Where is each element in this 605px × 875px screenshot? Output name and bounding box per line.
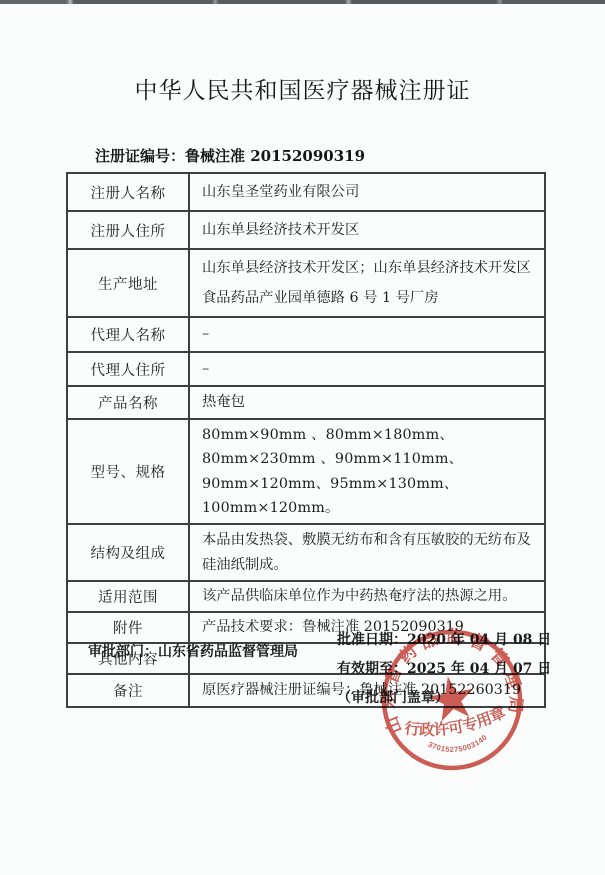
table-row-production-address: 生产地址 山东单县经济技术开发区；山东单县经济技术开发区食品药品产业园单德路 6… [67, 249, 545, 317]
row-value: – [189, 352, 545, 386]
row-label: 适用范围 [67, 581, 189, 612]
row-value: – [189, 317, 545, 352]
row-value: 山东皇圣堂药业有限公司 [189, 173, 545, 211]
table-row-model-spec: 型号、规格 80mm×90mm 、80mm×180mm、80mm×230mm 、… [67, 419, 545, 524]
valid-until-line: 有效期至：2025 年 04 月 07 日 [337, 662, 551, 676]
row-label: 注册人名称 [67, 173, 189, 211]
registration-number-value: 鲁械注准 20152090319 [185, 147, 365, 165]
row-label: 备注 [67, 674, 189, 707]
seal-number-text: 37015275003140 [425, 730, 490, 759]
table-row-registrant-address: 注册人住所 山东单县经济技术开发区 [67, 211, 545, 249]
registration-number-label: 注册证编号： [95, 147, 185, 165]
row-label: 产品名称 [67, 386, 189, 419]
table-row-agent-name: 代理人名称 – [67, 317, 545, 352]
row-label: 代理人住所 [67, 352, 189, 386]
row-value: 山东单县经济技术开发区；山东单县经济技术开发区食品药品产业园单德路 6 号 1 … [189, 249, 545, 317]
row-label: 附件 [67, 612, 189, 643]
row-label: 生产地址 [67, 249, 189, 317]
table-row-registrant-name: 注册人名称 山东皇圣堂药业有限公司 [67, 173, 545, 211]
svg-text:37015275003140: 37015275003140 [425, 730, 490, 759]
scan-artifact-top-edge [0, 0, 605, 4]
row-value: 该产品供临床单位作为中药热奄疗法的热源之用。 [189, 581, 545, 612]
row-value: 80mm×90mm 、80mm×180mm、80mm×230mm 、90mm×1… [189, 419, 545, 524]
seal-note-line: （审批部门盖章） [337, 691, 551, 705]
row-value: 本品由发热袋、敷膜无纺布和含有压敏胶的无纺布及硅油纸制成。 [189, 524, 545, 581]
row-label: 结构及组成 [67, 524, 189, 581]
certificate-title: 中华人民共和国医疗器械注册证 [0, 72, 605, 105]
row-value: 山东单县经济技术开发区 [189, 211, 545, 249]
registration-number-line: 注册证编号：鲁械注准 20152090319 [95, 145, 365, 166]
approval-dates-block: 批准日期：2020 年 04 月 08 日 有效期至：2025 年 04 月 0… [337, 633, 551, 720]
table-row-agent-address: 代理人住所 – [67, 352, 545, 386]
approval-date-line: 批准日期：2020 年 04 月 08 日 [337, 633, 551, 647]
row-label: 代理人名称 [67, 317, 189, 352]
table-row-scope-of-application: 适用范围 该产品供临床单位作为中药热奄疗法的热源之用。 [67, 581, 545, 612]
row-label: 注册人住所 [67, 211, 189, 249]
row-value: 热奄包 [189, 386, 545, 419]
table-row-structure-composition: 结构及组成 本品由发热袋、敷膜无纺布和含有压敏胶的无纺布及硅油纸制成。 [67, 524, 545, 581]
approval-department-line: 审批部门：山东省药品监督管理局 [88, 641, 298, 661]
certificate-page: 中华人民共和国医疗器械注册证 注册证编号：鲁械注准 20152090319 注册… [0, 0, 605, 875]
certificate-table: 注册人名称 山东皇圣堂药业有限公司 注册人住所 山东单县经济技术开发区 生产地址… [66, 172, 546, 708]
row-label: 型号、规格 [67, 419, 189, 524]
table-row-product-name: 产品名称 热奄包 [67, 386, 545, 419]
